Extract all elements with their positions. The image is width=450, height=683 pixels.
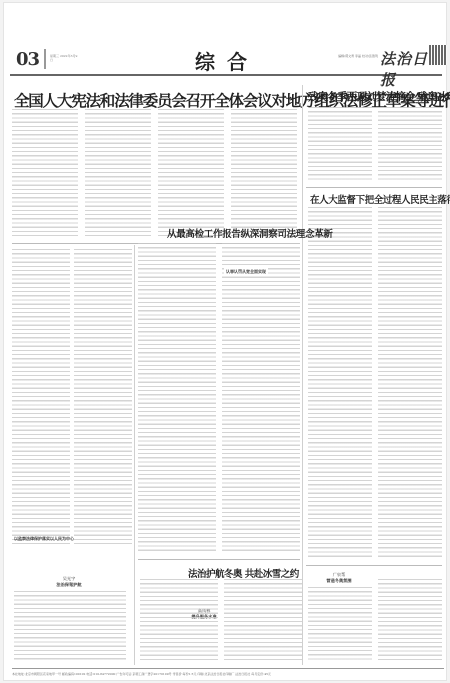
paralympics-headline[interactable]: 残奥冬季两项刘梦涛摘金 残奥冰球中国队出线 <box>308 89 450 104</box>
sidebar-1-heading: 法治保驾护航 <box>14 582 124 588</box>
winter-olympics-body <box>14 591 442 663</box>
page-footer: 本社地址:北京市朝阳区花家地甲一号 邮政编码100102 电话:010-8477… <box>12 668 444 676</box>
winter-olympics-headline[interactable]: 法治护航冬奥 共赴冰雪之约 <box>188 566 299 580</box>
npc-supervision-headline[interactable]: 在人大监督下把全过程人民民主落得更实 <box>310 192 450 206</box>
page-number-divider <box>44 49 46 69</box>
procuratorate-headline[interactable]: 从最高检工作报告纵深洞察司法理念革新 <box>167 226 333 240</box>
editor-credits: 编辑/郭文青 李晶 校对/张胜利 <box>338 54 378 58</box>
main-article-body <box>12 109 300 239</box>
sidebar-3-title: 广泉帮 营造冬奥氛围 <box>309 572 369 584</box>
newspaper-page: 03 星期三 2022年3月9日 综合 编辑/郭文青 李晶 校对/张胜利 法治日… <box>3 2 447 681</box>
left-subhead: 以监察法律保护落实以人民为中心 <box>14 536 74 542</box>
issue-date: 星期三 2022年3月9日 <box>50 54 80 62</box>
left-article-body <box>12 249 132 549</box>
npc-supervision-body <box>308 207 442 561</box>
divider <box>306 565 442 566</box>
column-divider <box>302 85 303 665</box>
center-subhead: 认罪认罚从宽全面实现 <box>224 268 268 276</box>
qr-code-icon <box>429 45 447 65</box>
divider <box>138 559 300 560</box>
procuratorate-body <box>138 243 300 555</box>
divider <box>306 187 442 188</box>
paralympics-body <box>308 107 442 183</box>
page-number: 03 <box>16 49 39 70</box>
masthead: 03 星期三 2022年3月9日 综合 编辑/郭文青 李晶 校对/张胜利 法治日… <box>10 43 442 76</box>
sidebar-3-heading: 营造冬奥氛围 <box>309 578 369 584</box>
sidebar-1-title: 吴光宇 法治保驾护航 <box>14 576 124 588</box>
section-title: 综合 <box>195 46 259 75</box>
